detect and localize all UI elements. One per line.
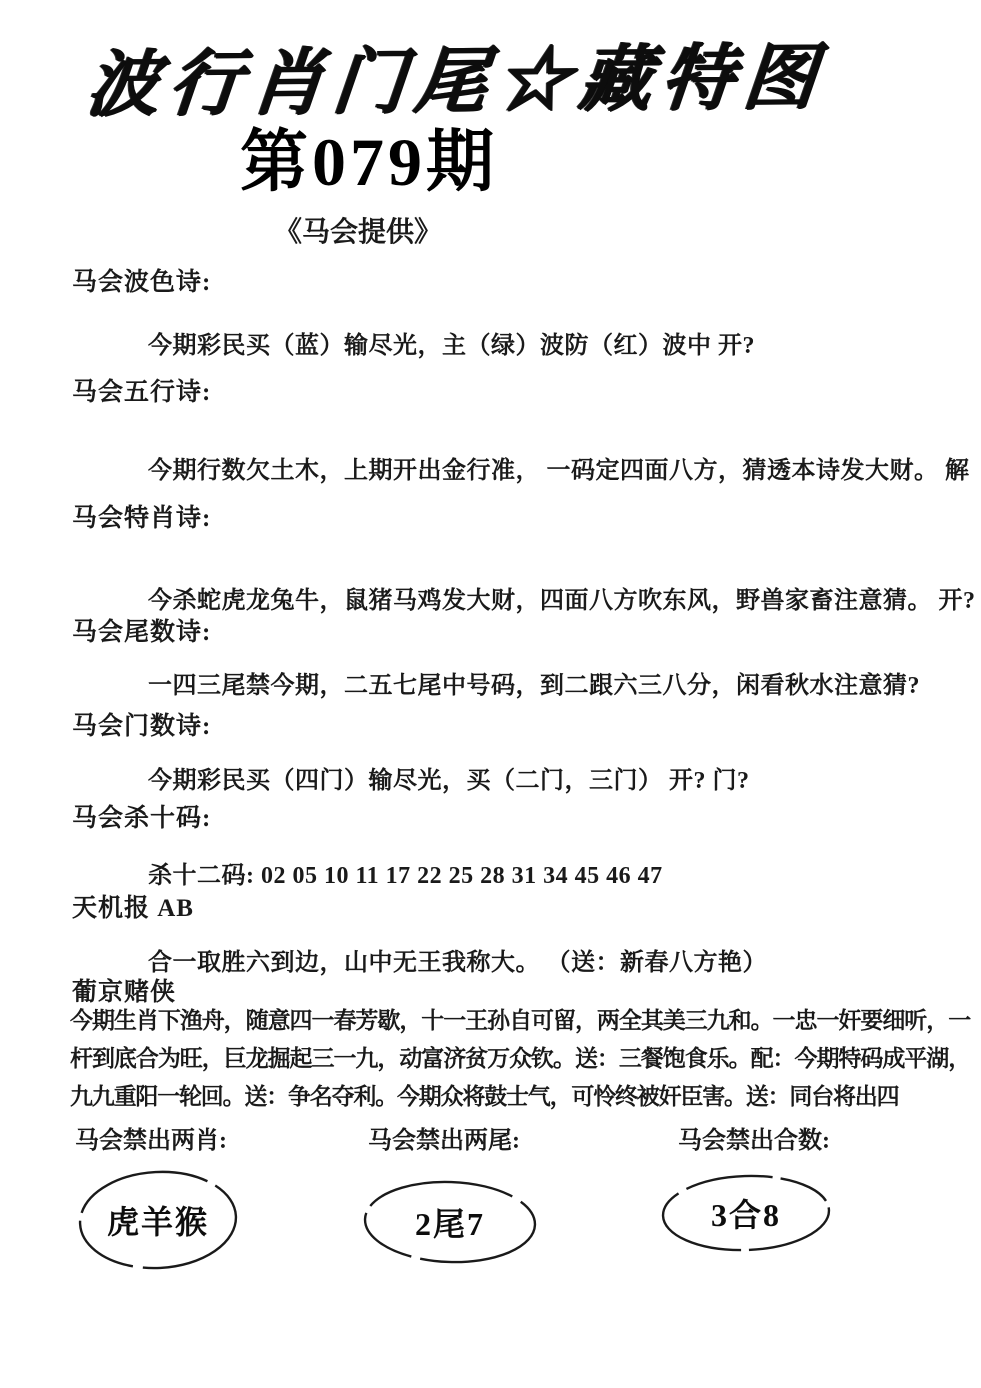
section-gate-number-poem: 今期彩民买（四门）输尽光，买（二门，三门） 开? 门? <box>148 760 750 795</box>
ban-sum-value: 3合8 <box>658 1172 834 1254</box>
section-tail-number-poem: 一四三尾禁今期，二五七尾中号码，到二跟六三八分，闲看秋水注意猜? <box>148 665 920 700</box>
tianji-report-line: 合一取胜六到边，山中无王我称大。 （送：新春八方艳） <box>148 942 767 977</box>
kill-codes-list: 杀十二码: 02 05 10 11 17 22 25 28 31 34 45 4… <box>148 855 663 890</box>
section-gate-number-heading: 马会门数诗: <box>72 706 211 742</box>
ban-two-zodiac-label: 马会禁出两肖: <box>75 1120 227 1155</box>
section-tianji-report-heading: 天机报 AB <box>72 888 194 924</box>
section-kill-codes-heading: 马会杀十码: <box>72 798 211 834</box>
ban-sum-label: 马会禁出合数: <box>678 1120 830 1155</box>
ban-two-tails-value: 2尾7 <box>360 1178 540 1266</box>
section-special-zodiac-poem: 今杀蛇虎龙兔牛，鼠猪马鸡发大财，四面八方吹东风，野兽家畜注意猜。 开? <box>148 580 976 615</box>
ban-two-tails-label: 马会禁出两尾: <box>368 1120 520 1155</box>
section-five-elements-poem: 今期行数欠土木，上期开出金行准， 一码定四面八方，猜透本诗发大财。 解（?） <box>148 450 981 485</box>
ban-sum-oval: 3合8 <box>658 1172 834 1254</box>
ban-two-zodiac-oval: 虎羊猴 <box>75 1168 241 1272</box>
tip-sheet-page: 波行肖门尾☆藏特图 第079期 《马会提供》 马会波色诗: 今期彩民买（蓝）输尽… <box>0 0 981 1388</box>
pujing-gambler-paragraph: 今期生肖下渔舟，随意四一春芳歇，十一王孙自可留，两全其美三九和。一忠一奸要细听，… <box>70 1002 970 1116</box>
issue-number: 第079期 <box>240 108 498 205</box>
section-five-elements-heading: 马会五行诗: <box>72 372 211 408</box>
section-wave-color-heading: 马会波色诗: <box>72 262 211 298</box>
section-tail-number-heading: 马会尾数诗: <box>72 612 211 648</box>
provider-note: 《马会提供》 <box>274 210 442 250</box>
section-special-zodiac-heading: 马会特肖诗: <box>72 498 211 534</box>
section-wave-color-poem: 今期彩民买（蓝）输尽光，主（绿）波防（红）波中 开? <box>148 325 755 360</box>
ban-two-tails-oval: 2尾7 <box>360 1178 540 1266</box>
ban-two-zodiac-value: 虎羊猴 <box>75 1168 241 1272</box>
